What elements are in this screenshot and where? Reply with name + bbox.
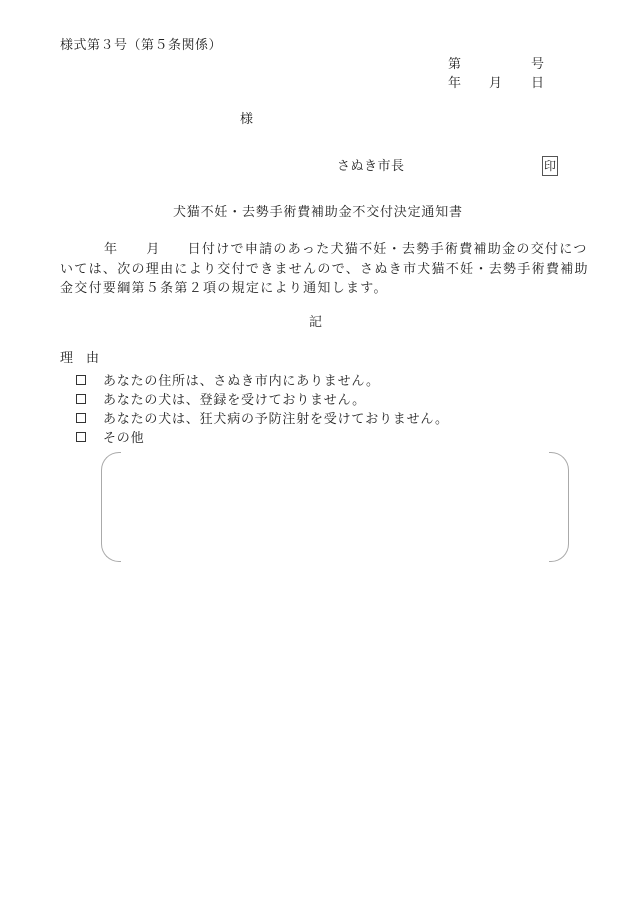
checkbox-rabies[interactable] [76, 413, 86, 423]
reason-item-address[interactable]: あなたの住所は、さぬき市内にありません。 [74, 370, 449, 389]
body-line-3: 金交付要綱第５条第２項の規定により通知します。 [60, 279, 580, 299]
body-line-1-text: 日付けで申請のあった犬猫不妊・去勢手術費補助金の交付につ [188, 242, 588, 257]
reason-label-other: その他 [103, 427, 144, 446]
addressee-honorific: 様 [240, 113, 253, 126]
date-month-label: 月 [489, 77, 502, 90]
reason-item-registration[interactable]: あなたの犬は、登録を受けておりません。 [74, 389, 449, 408]
left-bracket [101, 452, 121, 562]
reason-list: あなたの住所は、さぬき市内にありません。 あなたの犬は、登録を受けておりません。… [74, 370, 449, 446]
checkbox-registration[interactable] [76, 394, 86, 404]
reason-item-rabies[interactable]: あなたの犬は、狂犬病の予防注射を受けておりません。 [74, 408, 449, 427]
seal-stamp-icon: 印 [542, 156, 558, 176]
reason-item-other[interactable]: その他 [74, 427, 449, 446]
date-day-label: 日 [531, 77, 544, 90]
body-year-label: 年 [104, 242, 118, 257]
right-bracket [549, 452, 569, 562]
body-line-1: 年月日付けで申請のあった犬猫不妊・去勢手術費補助金の交付につ [60, 240, 580, 260]
ki-heading: 記 [309, 316, 322, 329]
document-title: 犬猫不妊・去勢手術費補助金不交付決定通知書 [173, 206, 463, 219]
checkbox-address[interactable] [76, 375, 86, 385]
body-month-label: 月 [146, 242, 160, 257]
reason-label-address: あなたの住所は、さぬき市内にありません。 [103, 370, 380, 389]
reason-label-rabies: あなたの犬は、狂犬病の予防注射を受けておりません。 [103, 408, 449, 427]
body-paragraph: 年月日付けで申請のあった犬猫不妊・去勢手術費補助金の交付につ いては、次の理由に… [60, 240, 580, 299]
body-line-2: いては、次の理由により交付できませんので、さぬき市犬猫不妊・去勢手術費補助 [60, 260, 580, 280]
issuer-name: さぬき市長 [337, 160, 405, 173]
reason-heading-char-1: 理 [60, 351, 73, 366]
reference-number-suffix: 号 [531, 58, 544, 71]
date-year-label: 年 [448, 77, 461, 90]
reason-label-registration: あなたの犬は、登録を受けておりません。 [103, 389, 366, 408]
reason-heading: 理由 [60, 352, 99, 365]
checkbox-other[interactable] [76, 432, 86, 442]
reason-heading-char-2: 由 [86, 351, 99, 366]
other-reason-detail-box[interactable] [101, 452, 569, 562]
reference-number-prefix: 第 [448, 58, 461, 71]
form-number: 様式第３号（第５条関係） [60, 39, 222, 52]
